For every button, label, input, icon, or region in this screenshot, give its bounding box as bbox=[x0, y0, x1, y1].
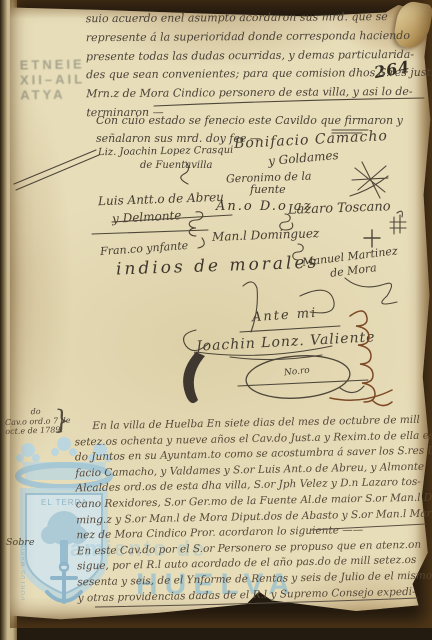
manuscript-line: Mrn.z de Mora Cindico personero de esta … bbox=[86, 83, 430, 104]
bleed-through-stamp: ETNEIE XII–AIL ATYA bbox=[20, 56, 86, 102]
signature: fuente bbox=[250, 183, 286, 196]
manuscript-line: Con cuio estado se fenecio este Cavildo … bbox=[96, 112, 403, 130]
margin-brace: } bbox=[53, 404, 70, 436]
signature: Liz. Joachin Lopez Crasqui bbox=[98, 145, 233, 158]
ghost-line: ETNEIE bbox=[20, 56, 85, 72]
ghost-line: ATYA bbox=[20, 86, 85, 102]
manuscript-line: des que sean convenientes; para que comi… bbox=[86, 64, 430, 85]
margin-note-sobre: Sobre bbox=[6, 537, 34, 548]
manuscript-line: presente todas las dudas ocurridas, y de… bbox=[86, 45, 430, 66]
paragraph-2: En la villa de Huelba En siete dias del … bbox=[74, 413, 432, 607]
ghost-line: XII–AIL bbox=[20, 71, 85, 87]
manuscript-line: represente á la superioridad donde corre… bbox=[86, 27, 430, 48]
paragraph-1: suio acuerdo enel asumpto acordaron sus … bbox=[86, 8, 431, 123]
manuscript-line: suio acuerdo enel asumpto acordaron sus … bbox=[86, 8, 430, 29]
manuscript-scan: { "document": { "kind": "18th-century Sp… bbox=[0, 0, 432, 640]
signature: de Fuentavilla bbox=[140, 160, 212, 171]
